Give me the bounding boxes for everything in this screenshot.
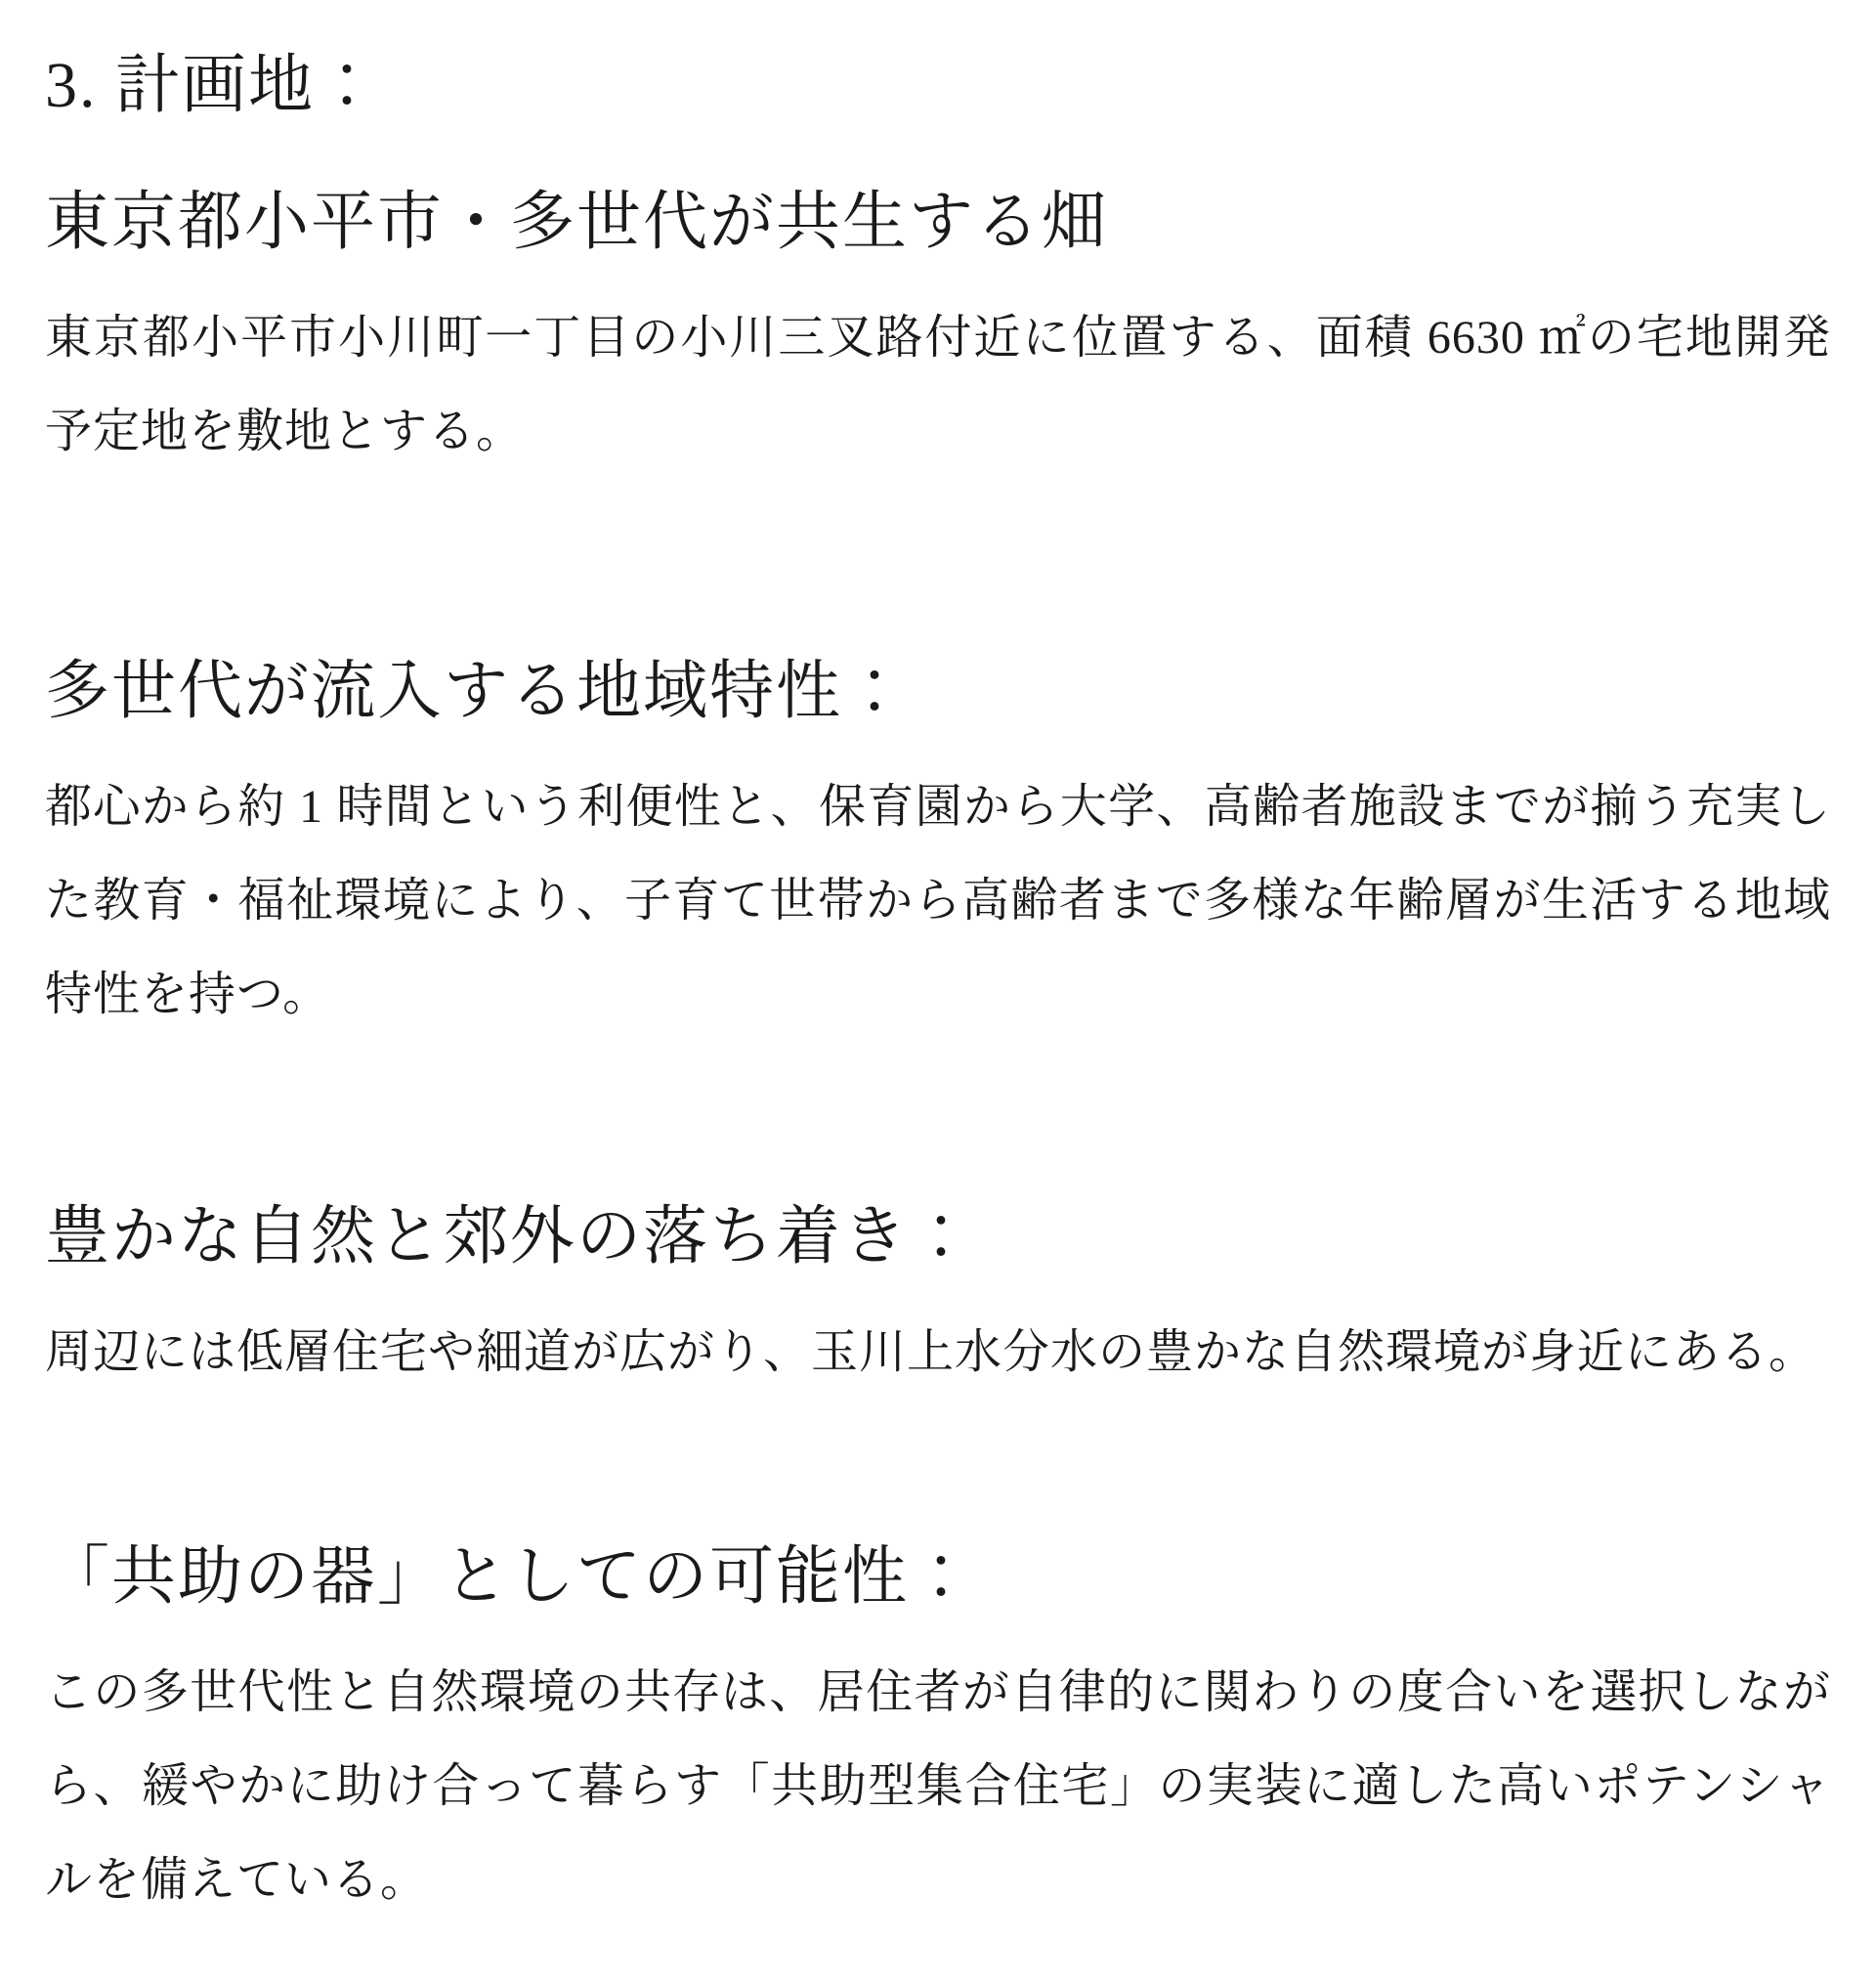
mutual-aid-potential-paragraph: この多世代性と自然環境の共存は、居住者が自律的に関わりの度合いを選択しながら、緩… (45, 1646, 1831, 1927)
nature-suburb-paragraph: 周辺には低層住宅や細道が広がり、玉川上水分水の豊かな自然環境が身近にある。 (45, 1306, 1831, 1400)
section-3-title-line1: 3. 計画地： (45, 50, 381, 121)
regional-characteristics-paragraph: 都心から約 1 時間という利便性と、保育園から大学、高齢者施設までが揃う充実した… (45, 760, 1831, 1042)
section-3-title: 3. 計画地： 東京都小平市・多世代が共生する畑 (45, 18, 1831, 291)
subheading-regional-characteristics: 多世代が流入する地域特性： (45, 624, 1831, 760)
document-page: 3. 計画地： 東京都小平市・多世代が共生する畑 東京都小平市小川町一丁目の小川… (0, 0, 1876, 1984)
site-intro-paragraph: 東京都小平市小川町一丁目の小川三叉路付近に位置する、面積 6630 ㎡の宅地開発… (45, 291, 1831, 479)
subheading-mutual-aid-potential: 「共助の器」としての可能性： (45, 1509, 1831, 1646)
subheading-nature-suburb: 豊かな自然と郊外の落ち着き： (45, 1169, 1831, 1306)
section-3-title-line2: 東京都小平市・多世代が共生する畑 (45, 187, 1108, 258)
